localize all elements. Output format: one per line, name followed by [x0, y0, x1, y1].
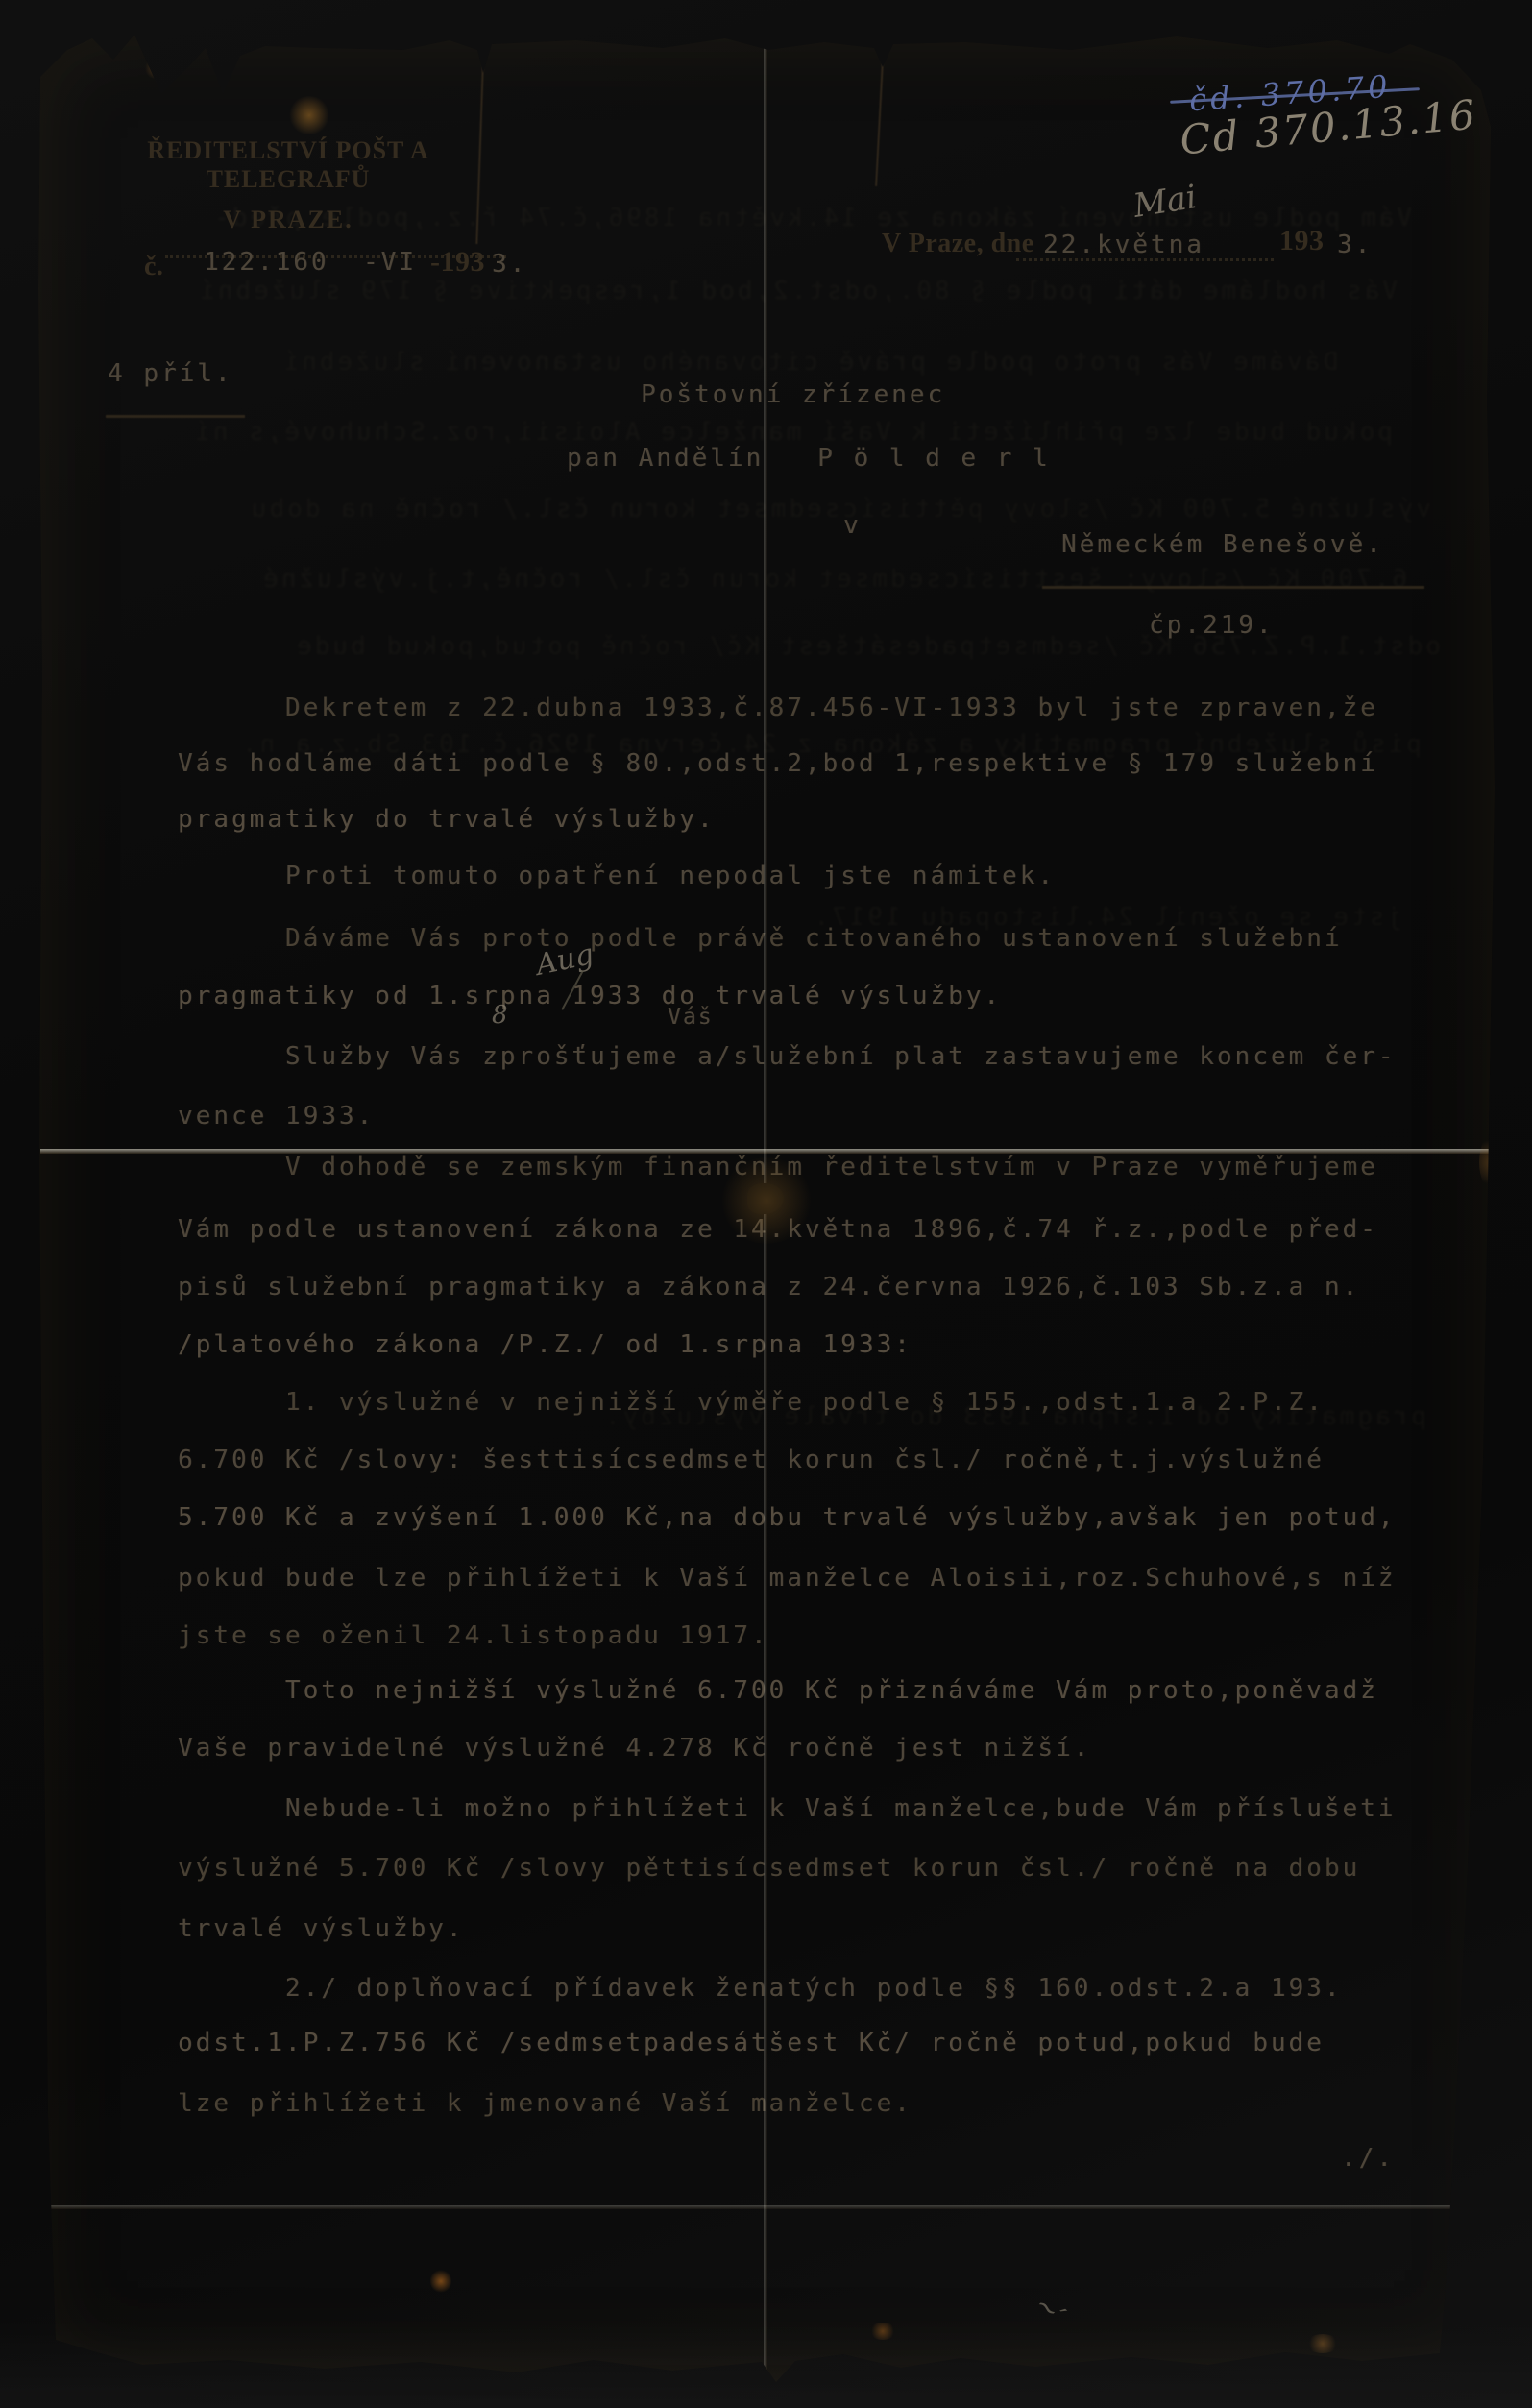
typed-line: pragmatiky od 1.srpna 1933 do trvalé výs… [178, 982, 1002, 1010]
typed-line: Proti tomuto opatření nepodal jste námit… [178, 862, 1056, 890]
foxing-stain [430, 2269, 451, 2294]
typed-insertion-vas: Váš [668, 1005, 714, 1030]
typed-line: jste se oženil 24.listopadu 1917. [178, 1621, 769, 1650]
typed-line: pokud bude lze přihlížeti k Vaší manželc… [178, 1564, 1396, 1593]
pencil-scribble: ∼′ [1029, 2288, 1071, 2330]
foxing-stain [869, 2323, 896, 2340]
bleed-through-line: Dáváme Vás proto podle právě citovaného … [245, 348, 1446, 377]
typed-line: trvalé výslužby. [178, 1914, 464, 1943]
dateline-year-typed: 3. [1337, 231, 1373, 259]
enclosures-note: 4 příl. [108, 359, 233, 388]
addressee-place: Německém Benešově. [1061, 530, 1384, 559]
bleed-through-line: výslužné 5.700 Kč /slovy pěttisícsedmset… [231, 495, 1431, 523]
dateline-day-month: 22.května [1043, 231, 1204, 259]
addressee-underline [1042, 586, 1424, 589]
typed-line: odst.1.P.Z.756 Kč /sedmsetpadesátšest Kč… [178, 2029, 1325, 2057]
letterhead-line1: ŘEDITELSTVÍ POŠT A TELEGRAFŮ [86, 136, 490, 194]
typed-line: 1. výslužné v nejnižší výměře podle § 15… [178, 1388, 1325, 1417]
typed-line: lze přihlížeti k jmenované Vaší manželce… [178, 2089, 912, 2118]
typed-line: 2./ doplňovací přídavek ženatých podle §… [178, 1974, 1342, 2003]
typed-line: Nebude-li možno přihlížeti k Vaší manžel… [178, 1794, 1396, 1823]
typed-line: pisů služební pragmatiky a zákona z 24.č… [178, 1273, 1360, 1301]
bleed-through-line: Vás hodláme dáti podle § 80.,odst.2,bod … [197, 277, 1398, 305]
reference-year-typed: 3. [492, 250, 527, 279]
typed-line: 5.700 Kč a zvýšení 1.000 Kč,na dobu trva… [178, 1503, 1396, 1532]
reference-number: 122.160 [204, 248, 329, 277]
addressee-house-number: čp.219. [1149, 611, 1275, 640]
bleed-through-line: pokud bude lze přihlížeti k Vaší manželc… [192, 418, 1393, 447]
typed-line: výslužné 5.700 Kč /slovy pěttisícsedmset… [178, 1854, 1360, 1883]
document-page: Vám podle ustanovení zákona ze 14.května… [0, 0, 1532, 2408]
typed-line: Dáváme Vás proto podle právě citovaného … [178, 924, 1342, 953]
addressee-preposition: v [843, 511, 862, 540]
typed-line: /platového zákona /P.Z./ od 1.srpna 1933… [178, 1330, 912, 1359]
letterhead: ŘEDITELSTVÍ POŠT A TELEGRAFŮ V PRAZE. [86, 136, 490, 234]
typed-line: vence 1933. [178, 1102, 375, 1131]
dateline-printed: V Praze, dne [882, 229, 1034, 259]
typed-line: Toto nejnižší výslužné 6.700 Kč přiznává… [178, 1676, 1378, 1705]
dateline-year-printed: 193 [1279, 225, 1325, 257]
fold-hole-smudge [718, 1157, 815, 1244]
bleed-through-line: 6.700 Kč /slovy: šesttisícsedmset korun … [207, 565, 1407, 594]
reference-series: -VI [363, 248, 417, 277]
enclosures-underline [106, 415, 245, 418]
continuation-mark: ./. [1341, 2144, 1395, 2173]
typed-line: Dekretem z 22.dubna 1933,č.87.456-VI-193… [178, 693, 1378, 722]
handwritten-digit-8: 8 [492, 1001, 508, 1030]
reference-year-printed: -193 [430, 246, 485, 279]
addressee-role: Poštovní zřízenec [641, 380, 945, 409]
letterhead-line2: V PRAZE. [86, 206, 490, 234]
typed-line: pragmatiky do trvalé výslužby. [178, 805, 716, 834]
reference-prefix: č. [144, 252, 163, 282]
foxing-stain [288, 96, 330, 134]
typed-line: Služby Vás zprošťujeme a/služební plat z… [178, 1042, 1396, 1071]
foxing-stain [1306, 2334, 1339, 2353]
typed-line: Vás hodláme dáti podle § 80.,odst.2,bod … [178, 749, 1378, 778]
typed-line: 6.700 Kč /slovy: šesttisícsedmset korun … [178, 1446, 1325, 1474]
addressee-name: pan Andělín P ö l d e r l [567, 444, 1051, 473]
typed-line: Vaše pravidelné výslužné 4.278 Kč ročně … [178, 1734, 1091, 1763]
